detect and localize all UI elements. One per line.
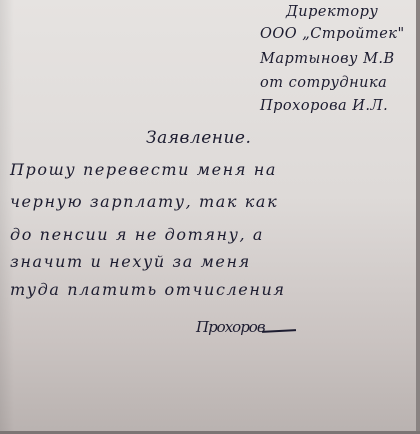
header-line-4: от сотрудника [260,75,387,91]
signature: Прохоров [196,318,265,336]
header-line-5: Прохорова И.Л. [260,98,388,114]
body-line-3: до пенсии я не дотяну, а [10,225,264,244]
body-line-2: черную зарплату, так как [10,192,278,211]
header-line-1: Директору [286,4,378,20]
paper-shadow [0,0,14,434]
body-line-4: значит и нехуй за меня [10,252,251,271]
body-line-5: туда платить отчисления [10,280,286,299]
body-line-1: Прошу перевести меня на [10,160,277,179]
header-line-2: ООО „Стройтек" [260,26,405,42]
document-title: Заявление. [146,128,251,148]
signature-flourish [262,329,296,332]
header-line-3: Мартынову М.В [260,51,395,67]
paper-edge-right [416,0,420,434]
